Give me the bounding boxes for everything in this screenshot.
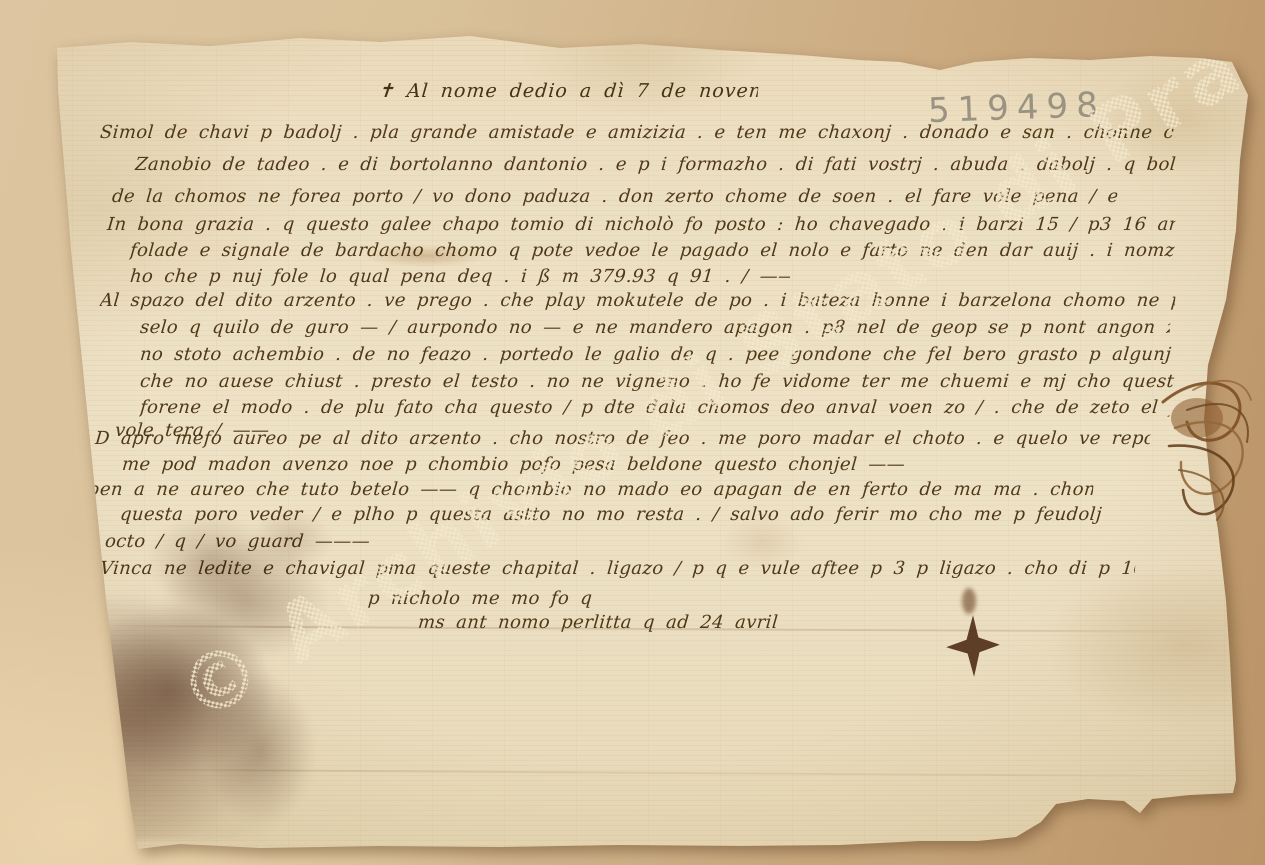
fiber-tuft [1135, 350, 1265, 535]
manuscript-line: selo q quilo de guro — / aurpondo no — e… [139, 317, 1171, 339]
manuscript-paper: ✝ Al nome dedio a dì 7 de novenbre . ———… [0, 0, 1265, 865]
manuscript-line: Vinca ne ledite e chavigal pma queste ch… [99, 558, 1136, 580]
ink-smudge [962, 588, 976, 614]
scan-backdrop: ✝ Al nome dedio a dì 7 de novenbre . ———… [0, 0, 1265, 865]
ink-blot [946, 615, 1000, 677]
manuscript-line: Al spazo del dito arzento . ve prego . c… [99, 290, 1176, 312]
manuscript-line: questa poro veder / e plho p questa astt… [119, 504, 1151, 526]
manuscript-line: ho che p nuj fole lo qual pena deq . i ß… [129, 266, 791, 288]
heading-line: ✝ Al nome dedio a dì 7 de novenbre . ——— [377, 80, 759, 102]
fold-crease [130, 769, 1230, 778]
manuscript-line: ms ant nomo perlitta q ad 24 avril [417, 612, 819, 634]
